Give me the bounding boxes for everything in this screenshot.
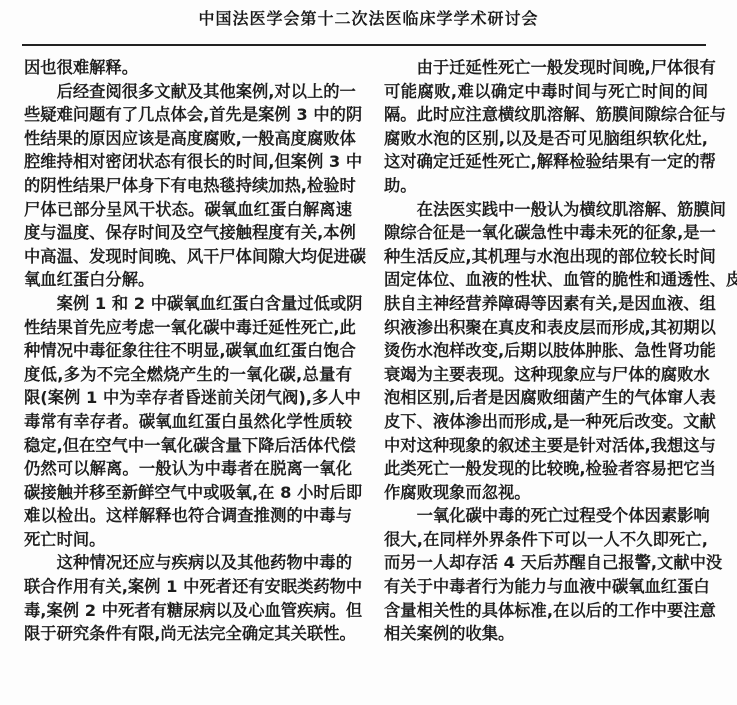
text-line: 腔维持相对密闭状态有很长的时间,但案例 3 中 [24,150,352,174]
header-rule [22,44,706,46]
text-line: 隙综合征是一氧化碳急性中毒未死的征象,是一 [384,221,708,245]
text-line: 联合作用有关,案例 1 中死者还有安眠类药物中 [24,575,352,599]
text-line: 性结果的原因应该是高度腐败,一般高度腐败体 [24,127,352,151]
text-line: 案例 1 和 2 中碳氧血红蛋白含量过低或阴 [24,292,352,316]
paragraph: 由于迁延性死亡一般发现时间晚,尸体很有可能腐败,难以确定中毒时间与死亡时间的间隔… [384,56,708,198]
text-line: 难以检出。这样解释也符合调查推测的中毒与 [24,504,352,528]
text-line: 氧血红蛋白分解。 [24,268,352,292]
text-line: 相关案例的收集。 [384,622,708,646]
text-line: 度低,多为不完全燃烧产生的一氧化碳,总量有 [24,363,352,387]
left-column: 因也很难解释。后经查阅很多文献及其他案例,对以上的一些疑难问题有了几点体会,首先… [24,56,352,646]
text-line: 一氧化碳中毒的死亡过程受个体因素影响 [384,504,708,528]
text-line: 后经查阅很多文献及其他案例,对以上的一 [24,80,352,104]
text-line: 限(案例 1 中为幸存者昏迷前关闭气阀),多人中 [24,386,352,410]
text-line: 限于研究条件有限,尚无法完全确定其关联性。 [24,622,352,646]
paragraph: 后经查阅很多文献及其他案例,对以上的一些疑难问题有了几点体会,首先是案例 3 中… [24,80,352,292]
text-line: 中对这种现象的叙述主要是针对活体,我想这与 [384,434,708,458]
text-line: 度与温度、保存时间及空气接触程度有关,本例 [24,221,352,245]
text-line: 种情况中毒征象往往不明显,碳氧血红蛋白饱合 [24,339,352,363]
text-line: 肤自主神经营养障碍等因素有关,是因血液、组 [384,292,708,316]
text-line: 衰竭为主要表现。这种现象应与尸体的腐败水 [384,363,708,387]
text-line: 隔。此时应注意横纹肌溶解、筋膜间隙综合征与 [384,103,708,127]
text-line: 的阴性结果尸体身下有电热毯持续加热,检验时 [24,174,352,198]
text-line: 泡相区别,后者是因腐败细菌产生的气体窜人表 [384,386,708,410]
text-line: 由于迁延性死亡一般发现时间晚,尸体很有 [384,56,708,80]
text-line: 助。 [384,174,708,198]
paragraph: 这种情况还应与疾病以及其他药物中毒的联合作用有关,案例 1 中死者还有安眠类药物… [24,551,352,645]
text-line: 很大,在同样外界条件下可以一人不久即死亡, [384,528,708,552]
text-line: 含量相关性的具体标准,在以后的工作中要注意 [384,599,708,623]
text-line: 腐败水泡的区别,以及是否可见脑组织软化灶, [384,127,708,151]
text-line: 有关于中毒者行为能力与血液中碳氧血红蛋白 [384,575,708,599]
text-line: 而另一人却存活 4 天后苏醒自己报警,文献中没 [384,551,708,575]
text-line: 稳定,但在空气中一氧化碳含量下降后活体代偿 [24,434,352,458]
text-line: 固定体位、血液的性状、血管的脆性和通透性、皮 [384,268,708,292]
text-line: 毒常有幸存者。碳氧血红蛋白虽然化学性质较 [24,410,352,434]
text-line: 碳接触并移至新鲜空气中或吸氧,在 8 小时后即 [24,481,352,505]
right-column: 由于迁延性死亡一般发现时间晚,尸体很有可能腐败,难以确定中毒时间与死亡时间的间隔… [384,56,708,646]
text-line: 中高温、发现时间晚、风干尸体间隙大均促进碳 [24,245,352,269]
text-line: 织液渗出积聚在真皮和表皮层而形成,其初期以 [384,316,708,340]
text-line: 因也很难解释。 [24,56,352,80]
paragraph: 一氧化碳中毒的死亡过程受个体因素影响很大,在同样外界条件下可以一人不久即死亡,而… [384,504,708,646]
text-line: 作腐败现象而忽视。 [384,481,708,505]
text-line: 皮下、液体渗出而形成,是一种死后改变。文献 [384,410,708,434]
text-line: 种生活反应,其机理与水泡出现的部位较长时间 [384,245,708,269]
text-line: 此类死亡一般发现的比较晚,检验者容易把它当 [384,457,708,481]
text-line: 在法医实践中一般认为横纹肌溶解、筋膜间 [384,198,708,222]
text-line: 这对确定迁延性死亡,解释检验结果有一定的帮 [384,150,708,174]
text-line: 些疑难问题有了几点体会,首先是案例 3 中的阴 [24,103,352,127]
paragraph: 在法医实践中一般认为横纹肌溶解、筋膜间隙综合征是一氧化碳急性中毒未死的征象,是一… [384,198,708,505]
text-line: 性结果首先应考虑一氧化碳中毒迁延性死亡,此 [24,316,352,340]
text-line: 毒,案例 2 中死者有糖尿病以及心血管疾病。但 [24,599,352,623]
text-line: 可能腐败,难以确定中毒时间与死亡时间的间 [384,80,708,104]
paragraph: 案例 1 和 2 中碳氧血红蛋白含量过低或阴性结果首先应考虑一氧化碳中毒迁延性死… [24,292,352,552]
text-line: 仍然可以解离。一般认为中毒者在脱离一氧化 [24,457,352,481]
paragraph: 因也很难解释。 [24,56,352,80]
text-line: 烫伤水泡样改变,后期以肢体肿胀、急性肾功能 [384,339,708,363]
text-line: 死亡时间。 [24,528,352,552]
text-line: 这种情况还应与疾病以及其他药物中毒的 [24,551,352,575]
running-header-title: 中国法医学会第十二次法医临床学学术研讨会 [0,6,737,29]
text-line: 尸体已部分呈风干状态。碳氧血红蛋白解离速 [24,198,352,222]
